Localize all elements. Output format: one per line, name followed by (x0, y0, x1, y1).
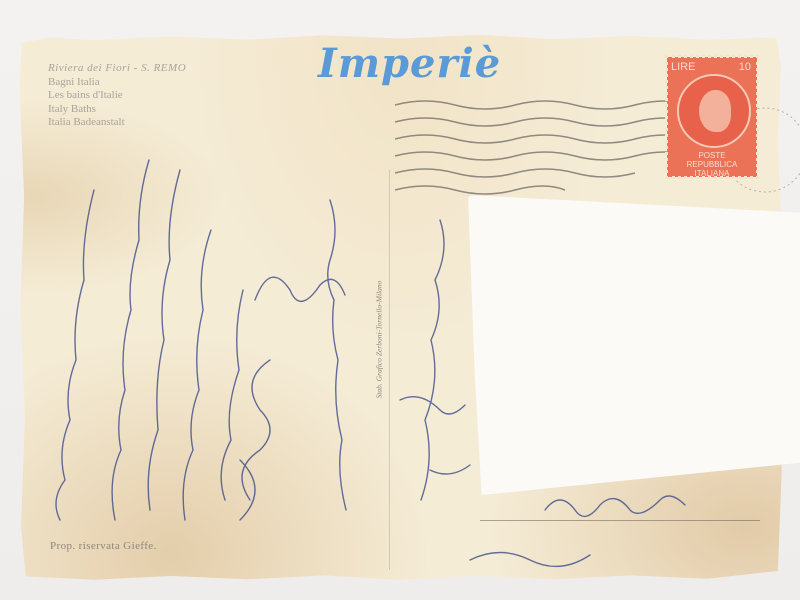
white-paper-sheet (468, 195, 800, 495)
copyright-notice: Prop. riservata Gieffe. (50, 540, 157, 552)
